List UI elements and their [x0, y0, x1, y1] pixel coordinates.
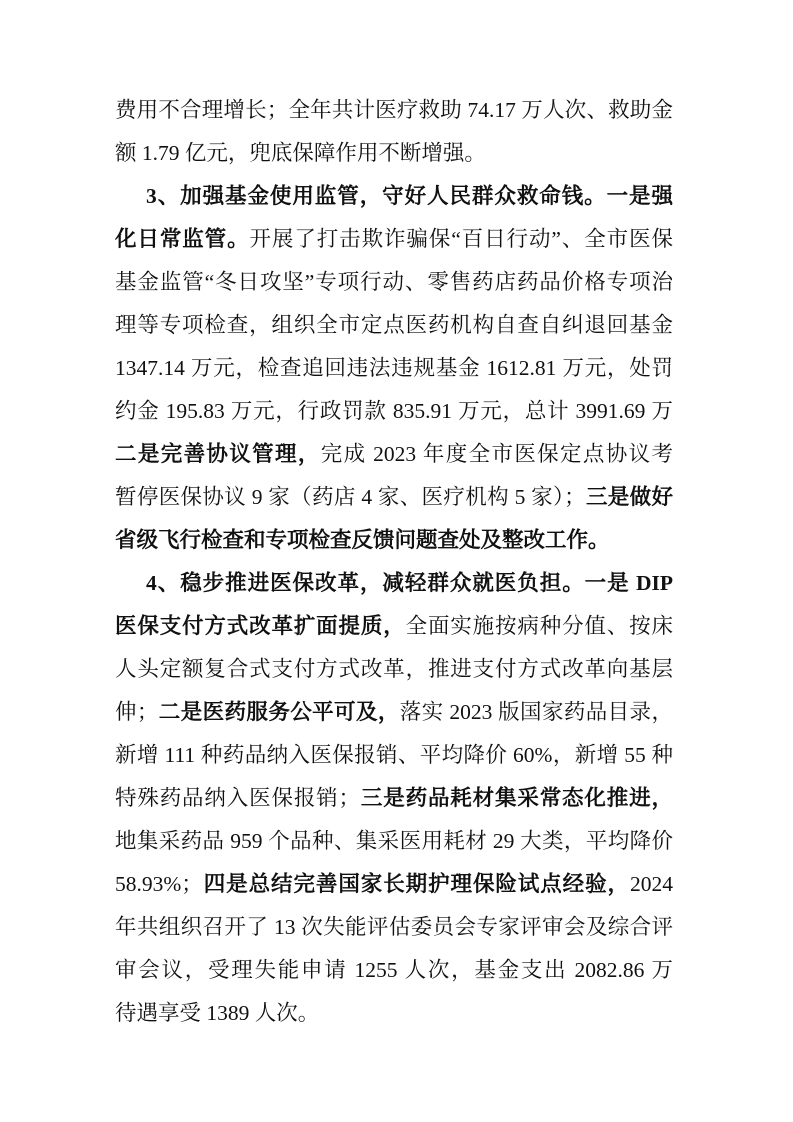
- text-line: 二是完善协议管理，完成 2023 年度全市医保定点协议考核，: [115, 433, 673, 476]
- text-run: 基金监管“冬日攻坚”专项行动、零售药店药品价格专项治: [115, 270, 673, 294]
- text-run: 人头定额复合式支付方式改革，推进支付方式改革向基层延: [115, 657, 673, 691]
- text-run: 待遇享受 1389 人次。: [115, 1001, 319, 1025]
- text-line: 约金 195.83 万元，行政罚款 835.91 万元，总计 3991.69 万…: [115, 390, 673, 433]
- text-run: 费用不合理增长；全年共计医疗救助 74.17 万人次、救助金: [115, 98, 673, 122]
- text-run: 额 1.79 亿元，兜底保障作用不断增强。: [115, 141, 486, 165]
- text-line: 58.93%；四是总结完善国家长期护理保险试点经验，2024: [115, 863, 673, 906]
- document-body: 费用不合理增长；全年共计医疗救助 74.17 万人次、救助金额 1.79 亿元，…: [115, 89, 673, 1035]
- text-run: 1347.14 万元，检查追回违法违规基金 1612.81 万元，处罚违: [115, 356, 673, 390]
- text-line: 费用不合理增长；全年共计医疗救助 74.17 万人次、救助金: [115, 89, 673, 132]
- text-line: 人头定额复合式支付方式改革，推进支付方式改革向基层延: [115, 648, 673, 691]
- text-line: 伸；二是医药服务公平可及，落实 2023 版国家药品目录，: [115, 691, 673, 734]
- text-line: 审会议，受理失能申请 1255 人次，基金支出 2082.86 万元，: [115, 949, 673, 992]
- bold-text-run: 省级飞行检查和专项检查反馈问题查处及整改工作。: [115, 528, 610, 552]
- bold-text-run: 二是完善协议管理，: [115, 442, 321, 466]
- text-line: 待遇享受 1389 人次。: [115, 992, 673, 1035]
- text-run: 58.93%；: [115, 872, 203, 896]
- text-line: 新增 111 种药品纳入医保报销、平均降价 60%，新增 55 种: [115, 734, 673, 777]
- text-line: 4、稳步推进医保改革，减轻群众就医负担。一是 DIP: [115, 562, 673, 605]
- text-line: 医保支付方式改革扩面提质，全面实施按病种分值、按床日、: [115, 605, 673, 648]
- text-run: 新增 111 种药品纳入医保报销、平均降价 60%，新增 55 种: [115, 743, 673, 767]
- text-line: 特殊药品纳入医保报销；三是药品耗材集采常态化推进，落: [115, 777, 673, 820]
- text-run: 约金 195.83 万元，行政罚款 835.91 万元，总计 3991.69 万…: [115, 399, 673, 433]
- text-line: 1347.14 万元，检查追回违法违规基金 1612.81 万元，处罚违: [115, 347, 673, 390]
- text-line: 暂停医保协议 9 家（药店 4 家、医疗机构 5 家）；三是做好: [115, 476, 673, 519]
- bold-text-run: 四是总结完善国家长期护理保险试点经验，: [203, 872, 630, 896]
- bold-text-run: 医保支付方式改革扩面提质，: [115, 614, 406, 638]
- bold-text-run: 4、稳步推进医保改革，减轻群众就医负担。一是 DIP: [146, 571, 673, 595]
- text-run: 理等专项检查，组织全市定点医药机构自查自纠退回基金: [115, 313, 673, 337]
- text-line: 省级飞行检查和专项检查反馈问题查处及整改工作。: [115, 519, 673, 562]
- text-run: 落实 2023 版国家药品目录，: [400, 700, 673, 724]
- bold-text-run: 化日常监管。: [115, 227, 250, 251]
- text-run: 暂停医保协议 9 家（药店 4 家、医疗机构 5 家）；: [115, 485, 586, 509]
- text-run: 审会议，受理失能申请 1255 人次，基金支出 2082.86 万元，: [115, 958, 673, 992]
- text-run: 特殊药品纳入医保报销；: [115, 786, 360, 810]
- document-page: 费用不合理增长；全年共计医疗救助 74.17 万人次、救助金额 1.79 亿元，…: [0, 0, 793, 1122]
- text-line: 额 1.79 亿元，兜底保障作用不断增强。: [115, 132, 673, 175]
- bold-text-run: 3、加强基金使用监管，守好人民群众救命钱。一是强: [146, 184, 673, 208]
- text-line: 年共组织召开了 13 次失能评估委员会专家评审会及综合评: [115, 906, 673, 949]
- text-run: 伸；: [115, 700, 158, 724]
- text-line: 理等专项检查，组织全市定点医药机构自查自纠退回基金: [115, 304, 673, 347]
- bold-text-run: 三是做好: [586, 485, 673, 509]
- text-run: 开展了打击欺诈骗保“百日行动”、全市医保: [250, 227, 673, 251]
- text-line: 基金监管“冬日攻坚”专项行动、零售药店药品价格专项治: [115, 261, 673, 304]
- text-line: 3、加强基金使用监管，守好人民群众救命钱。一是强: [115, 175, 673, 218]
- text-run: 2024: [630, 872, 673, 896]
- bold-text-run: 三是药品耗材集采常态化推进，: [360, 786, 673, 810]
- text-run: 年共组织召开了 13 次失能评估委员会专家评审会及综合评: [115, 915, 673, 939]
- text-line: 化日常监管。开展了打击欺诈骗保“百日行动”、全市医保: [115, 218, 673, 261]
- text-run: 地集采药品 959 个品种、集采医用耗材 29 大类，平均降价: [115, 829, 673, 853]
- text-line: 地集采药品 959 个品种、集采医用耗材 29 大类，平均降价: [115, 820, 673, 863]
- bold-text-run: 二是医药服务公平可及，: [158, 700, 399, 724]
